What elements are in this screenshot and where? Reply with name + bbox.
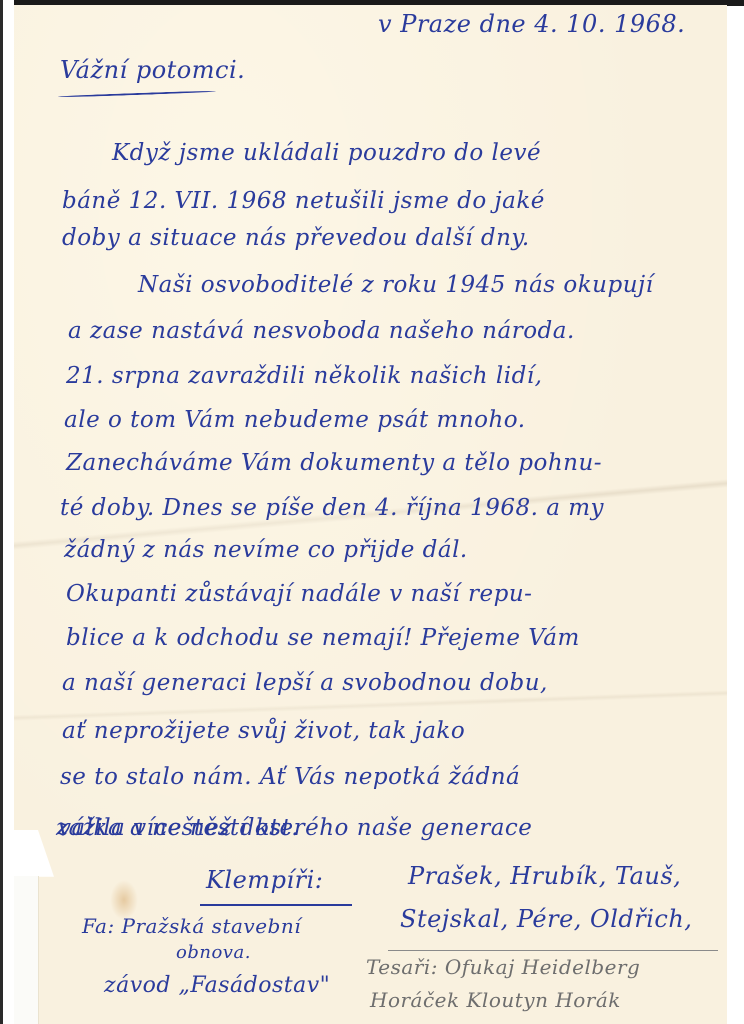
body-line: ať neprožijete svůj život, tak jako [62, 718, 465, 744]
body-line: a zase nastává nesvoboda našeho národa. [68, 318, 575, 344]
signatures-pencil-line1: Tesaři: Ofukaj Heidelberg [366, 955, 640, 979]
body-line: 21. srpna zavraždili několik našich lidí… [66, 363, 542, 389]
body-line: Okupanti zůstávají nadále v naší repu- [66, 581, 532, 607]
salutation: Vážní potomci. [60, 56, 245, 84]
signatures-ink-line1: Prašek, Hrubík, Tauš, [408, 862, 681, 890]
body-line: Když jsme ukládali pouzdro do levé [112, 140, 541, 166]
firm-name-line2: obnova. [176, 942, 251, 963]
body-line: Naši osvoboditelé z roku 1945 nás okupuj… [138, 272, 654, 298]
body-line: báně 12. VII. 1968 netušili jsme do jaké [62, 188, 545, 214]
signatures-ink-line2: Stejskal, Pére, Oldřich, [400, 905, 692, 933]
closing-trade: Klempíři: [206, 866, 323, 894]
body-line: se to stalo nám. Ať Vás nepotká žádná [60, 764, 520, 790]
firm-plant: závod „Fasádostav" [104, 973, 330, 998]
signatures-pencil-line2: Horáček Kloutyn Horák [370, 988, 621, 1012]
body-line: Zanecháváme Vám dokumenty a tělo pohnu- [66, 450, 602, 476]
scan-left-border [0, 0, 14, 1024]
firm-name-line1: Fa: Pražská stavební [82, 914, 301, 938]
body-line: ale o tom Vám nebudeme psát mnoho. [64, 407, 526, 433]
closing-underline [200, 904, 352, 906]
body-line: blice a k odchodu se nemají! Přejeme Vám [66, 625, 580, 651]
letter-date: v Praze dne 4. 10. 1968. [378, 10, 685, 38]
body-line: žádný z nás nevíme co přijde dál. [64, 537, 468, 563]
body-line: té doby. Dnes se píše den 4. října 1968.… [60, 495, 604, 521]
pencil-divider [388, 950, 718, 951]
body-line: doby a situace nás převedou další dny. [62, 225, 530, 251]
body-line: a naší generaci lepší a svobodnou dobu, [62, 670, 548, 696]
body-line-last: zažila více než dost. [56, 815, 299, 841]
paper-edge-strip [14, 876, 39, 1024]
